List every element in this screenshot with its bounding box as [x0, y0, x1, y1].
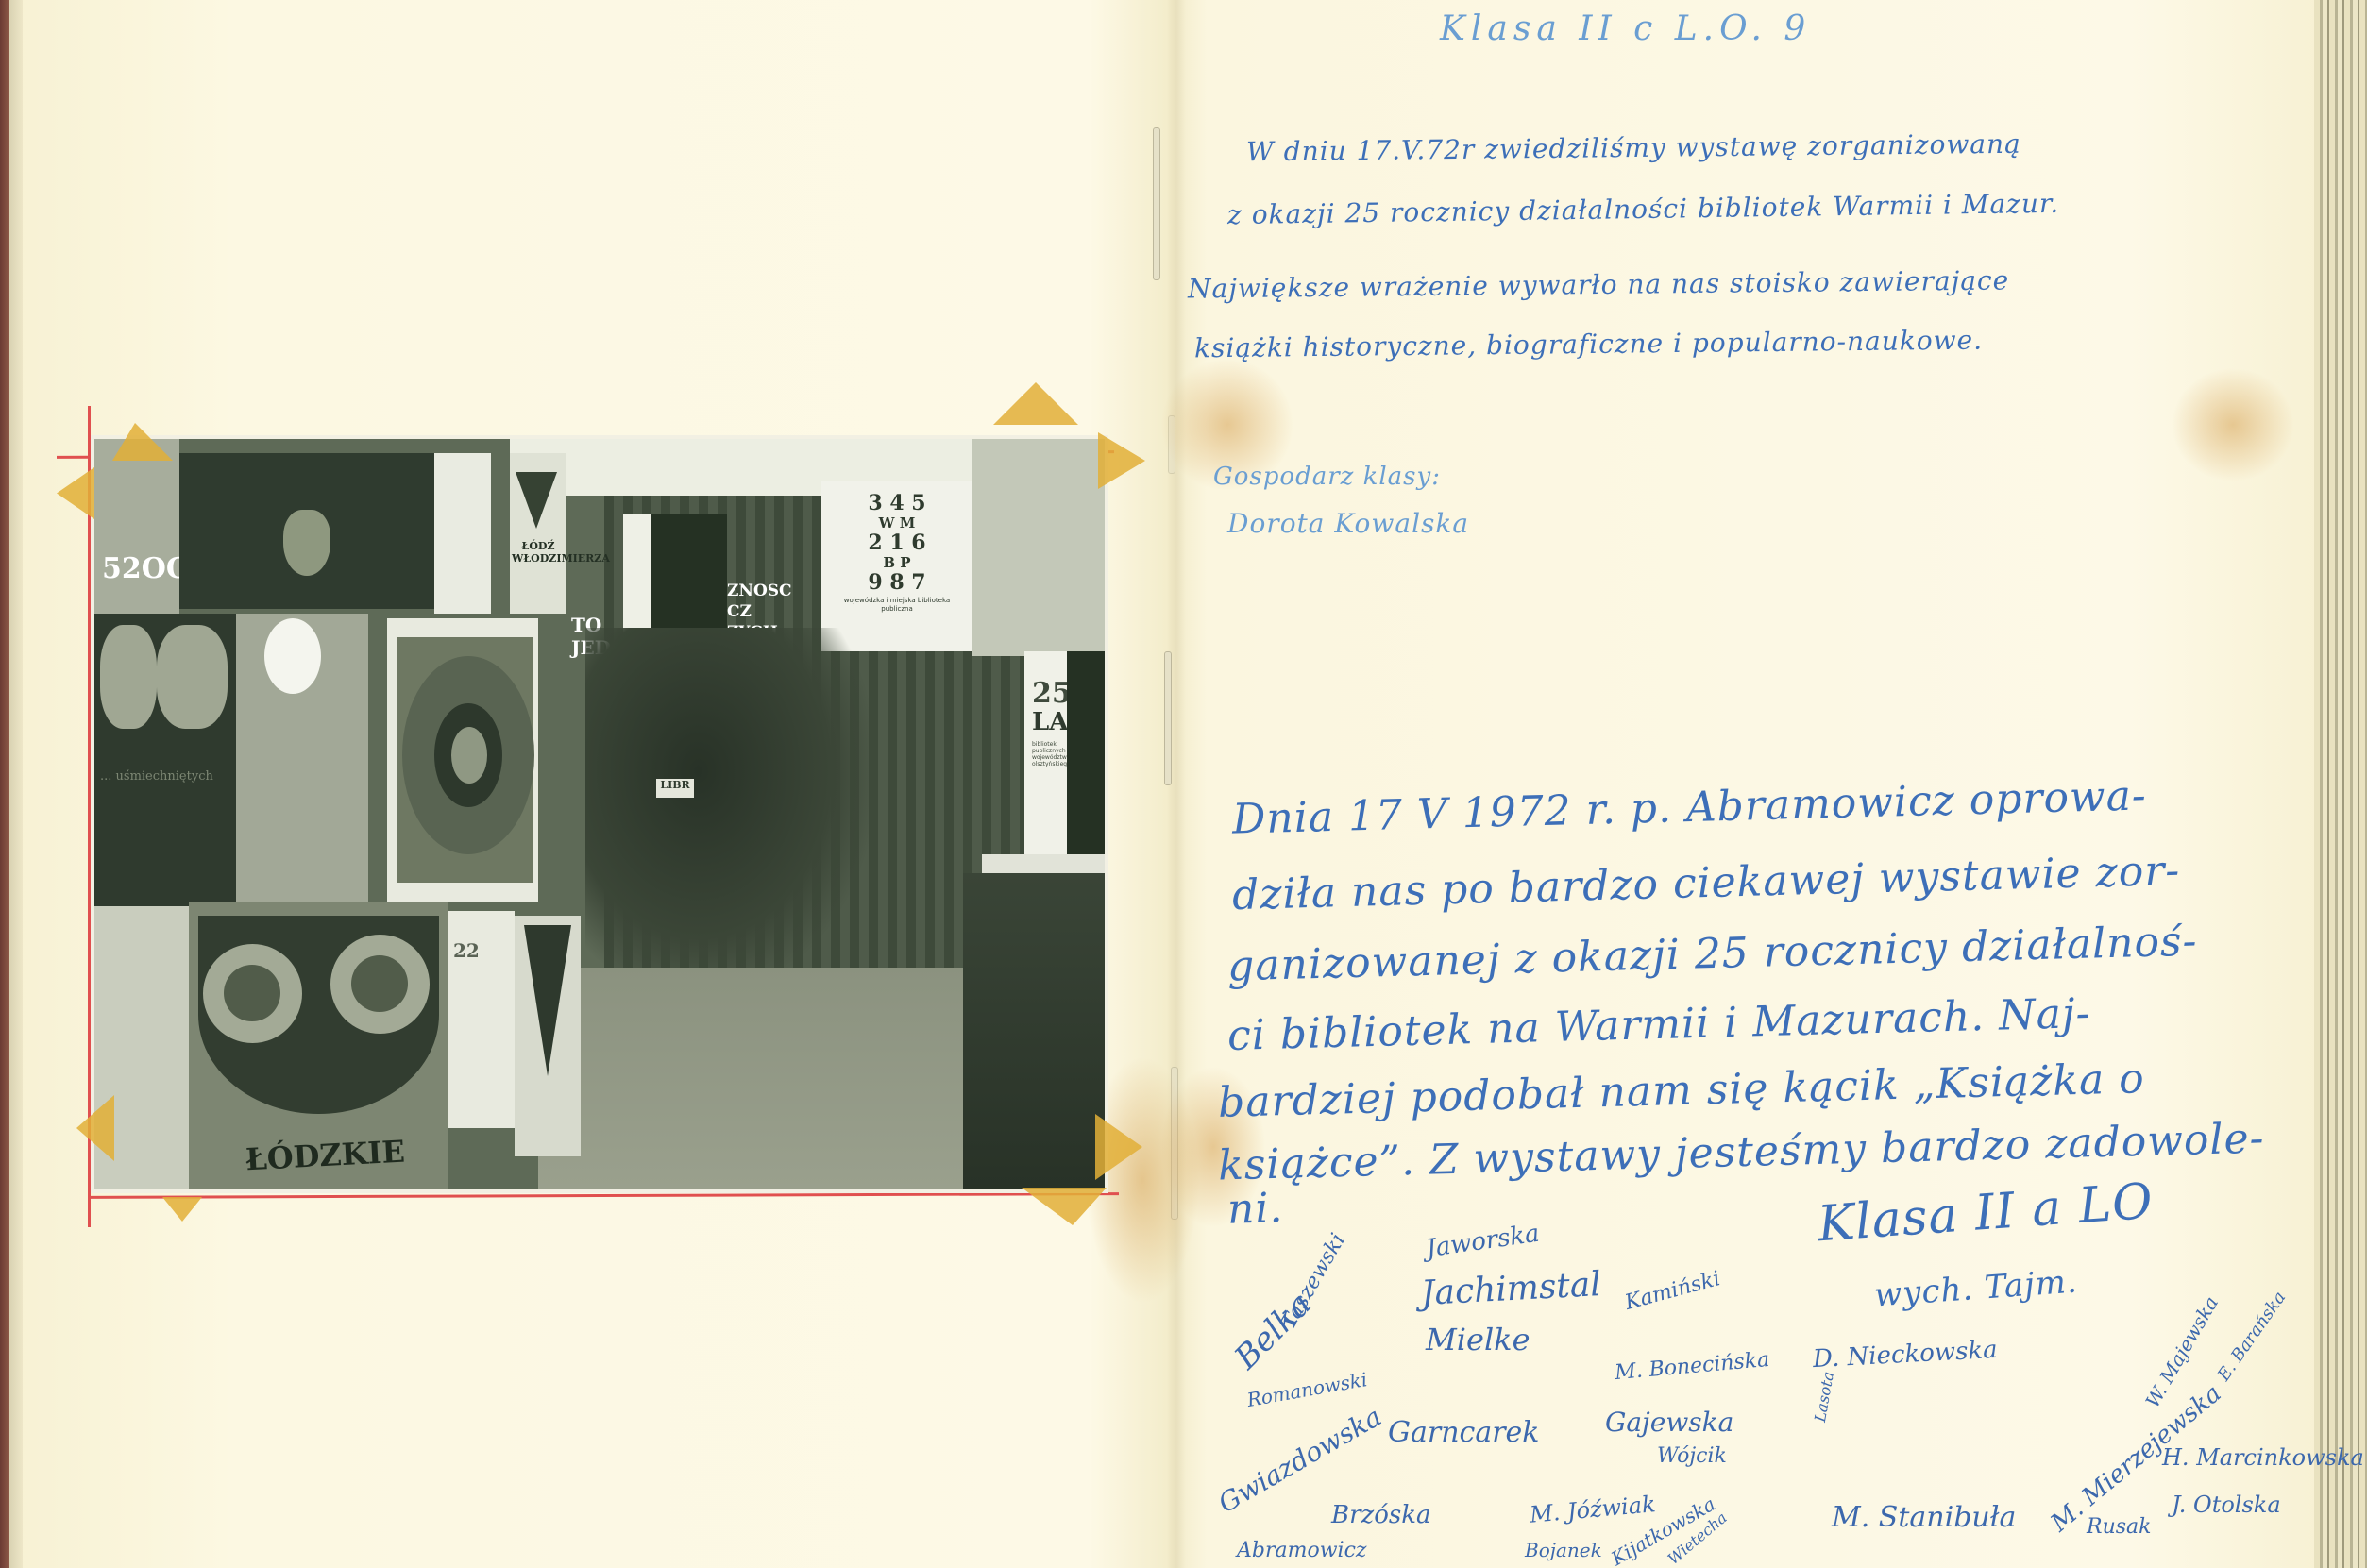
- poster-smiles-caption: ... uśmiechniętych: [100, 769, 213, 784]
- wimbp-caption: wojewódzka i miejska biblioteka publiczn…: [821, 595, 972, 615]
- poster-znosc-line1: ZNOSC CZ: [727, 581, 803, 622]
- signature: Brzóska: [1331, 1501, 1431, 1529]
- age-stain: [2172, 368, 2294, 481]
- page-stack-edge-right: [2314, 0, 2367, 1568]
- album-cover-edge: [0, 0, 9, 1568]
- signature: M. Stanibuła: [1832, 1501, 2016, 1534]
- wimbp-center: 2 1 6: [821, 531, 972, 555]
- poster-vertical-banner: ŁÓDŹ WŁODZIMIERZA: [510, 453, 566, 614]
- poster-wimbp: 3 4 5 W M 2 1 6 B P 9 8 7 wojewódzka i m…: [821, 481, 972, 651]
- signature: J. Otolska: [2172, 1492, 2281, 1518]
- owl-pupil-right: [351, 955, 408, 1012]
- silhouette-panel-right: [1067, 651, 1105, 868]
- poster-side-cube: [515, 916, 581, 1156]
- visitors-group: [585, 628, 869, 986]
- class-header: Klasa II c L.O. 9: [1440, 9, 1811, 48]
- poster-right-edge: [972, 439, 1105, 656]
- display-table: [982, 854, 1105, 873]
- signature: Mielke: [1426, 1322, 1530, 1357]
- signature: Wójcik: [1657, 1444, 1727, 1468]
- poster-22: 22: [448, 911, 515, 1128]
- guide-line-left: [88, 406, 91, 1227]
- wimbp-letters-2: B P: [821, 555, 972, 570]
- lodzkie-label: ŁÓDZKIE: [245, 1134, 406, 1178]
- floor: [538, 968, 1010, 1189]
- smile-face-right: [157, 625, 228, 729]
- chair: [963, 873, 1105, 1189]
- smile-face-left: [100, 625, 157, 729]
- anniversary-caption: bibliotek publicznych województwa olszty…: [1032, 741, 1066, 767]
- libr-tag: LIBR: [656, 779, 694, 798]
- poster-smiles: ... uśmiechniętych: [94, 614, 236, 906]
- signature: Garncarek: [1388, 1416, 1539, 1449]
- heart-shape: [516, 472, 557, 529]
- target-center: [451, 727, 487, 784]
- signature: Bojanek: [1525, 1539, 1602, 1561]
- poster-mirror: [236, 614, 368, 906]
- wimbp-letters-1: W M: [821, 515, 972, 531]
- face-highlight: [283, 510, 330, 576]
- signature: Rusak: [2087, 1515, 2151, 1539]
- exhibition-photo: 52OO ŁÓDŹ WŁODZIMIERZA ... uśmiechniętyc…: [94, 439, 1105, 1189]
- poster-5200: 52OO: [94, 439, 179, 614]
- triangle-shape: [524, 925, 571, 1076]
- poster-5200-text: 52OO: [102, 552, 191, 585]
- poster-target: [387, 618, 538, 902]
- entry-1-signature-label: Gospodarz klasy:: [1213, 463, 1441, 491]
- binding-thread: [1153, 127, 1160, 280]
- poster-lodzkie: ŁÓDZKIE: [189, 902, 448, 1189]
- entry-2-line: ni.: [1226, 1184, 1284, 1234]
- signature: Gajewska: [1605, 1407, 1733, 1438]
- owl-pupil-left: [224, 965, 280, 1021]
- binding-thread: [1164, 651, 1172, 785]
- page-edge-left: [9, 0, 23, 1568]
- signature: H. Marcinkowska: [2162, 1444, 2364, 1471]
- poster-banner-text: ŁÓDŹ WŁODZIMIERZA: [512, 540, 565, 565]
- mirror-oval: [264, 618, 321, 694]
- signature: Abramowicz: [1237, 1539, 1367, 1562]
- poster-25-lat-right: 25 LAT bibliotek publicznych województwa…: [1024, 651, 1105, 868]
- wimbp-bottom: 9 8 7: [821, 570, 972, 595]
- wimbp-top: 3 4 5: [821, 491, 972, 515]
- white-column: [434, 453, 491, 614]
- side-poster-number: 22: [453, 939, 480, 962]
- entry-1-signature-name: Dorota Kowalska: [1227, 508, 1469, 539]
- poster-face: [179, 453, 434, 609]
- anniversary-number: 25: [1032, 680, 1072, 708]
